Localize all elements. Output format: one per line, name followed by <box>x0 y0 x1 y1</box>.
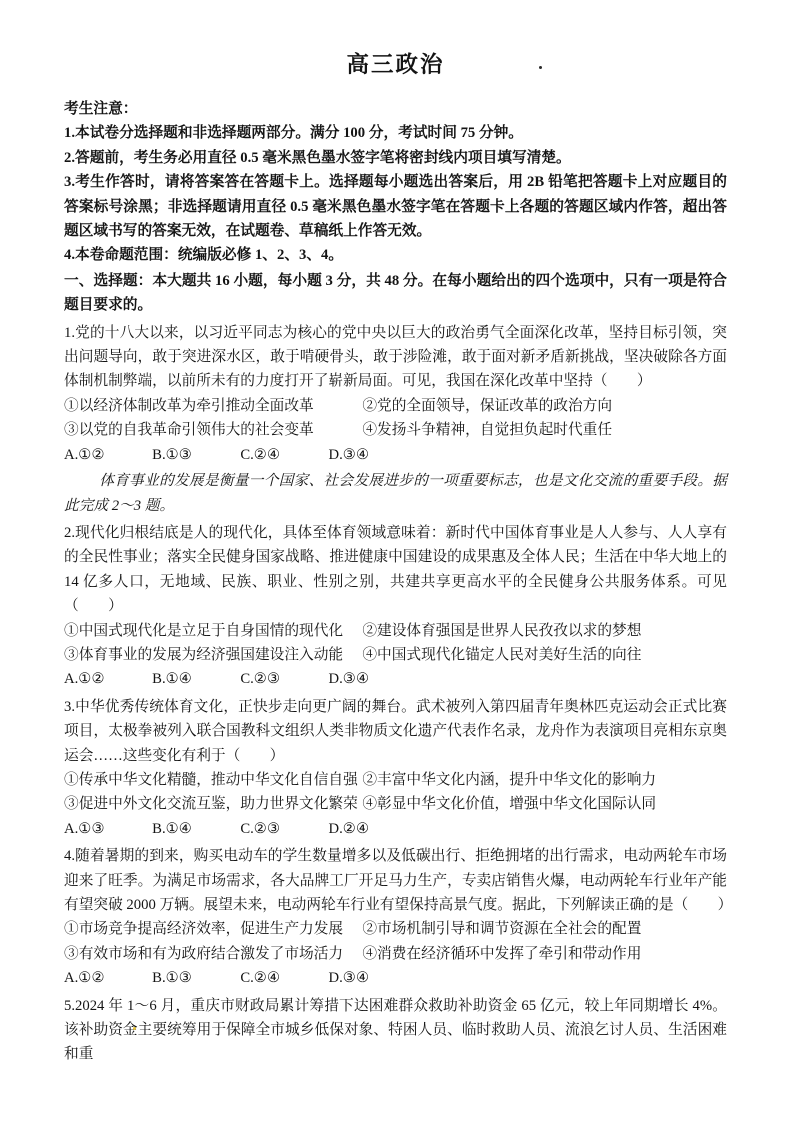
question-3: 3.中华优秀传统体育文化，正快步走向更广阔的舞台。武术被列入第四届青年奥林匹克运… <box>64 695 727 841</box>
notice-section: 考生注意： 1.本试卷分选择题和非选择题两部分。满分 100 分，考试时间 75… <box>64 97 727 268</box>
page-title: 高三政治 <box>64 50 727 80</box>
answer-option: C.②④ <box>240 966 325 990</box>
option-item: ②党的全面领导，保证改革的政治方向 <box>362 394 727 418</box>
answer-option: C.②③ <box>240 667 325 691</box>
option-row: ①以经济体制改革为牵引推动全面改革 ②党的全面领导，保证改革的政治方向 <box>64 394 727 418</box>
exam-page: 高三政治 考生注意： 1.本试卷分选择题和非选择题两部分。满分 100 分，考试… <box>0 0 793 1122</box>
question-stem: 5.2024 年 1～6 月，重庆市财政局累计筹措下达困难群众救助补助资金 65… <box>64 994 727 1067</box>
scan-speck-yellow <box>133 1027 136 1030</box>
option-item: ③体育事业的发展为经济强国建设注入动能 <box>64 643 362 667</box>
answer-row: A.①② B.①③ C.②④ D.③④ <box>64 443 727 467</box>
option-row: ①市场竞争提高经济效率，促进生产力发展 ②市场机制引导和调节资源在全社会的配置 <box>64 917 727 941</box>
option-item: ④发扬斗争精神，自觉担负起时代重任 <box>362 418 727 442</box>
option-item: ④彰显中华文化价值，增强中华文化国际认同 <box>362 792 727 816</box>
answer-option: B.①④ <box>152 667 237 691</box>
answer-option: A.①③ <box>64 817 149 841</box>
option-row: ③促进中外文化交流互鉴，助力世界文化繁荣 ④彰显中华文化价值，增强中华文化国际认… <box>64 792 727 816</box>
option-item: ③有效市场和有为政府结合激发了市场活力 <box>64 942 362 966</box>
option-item: ④消费在经济循环中发挥了牵引和带动作用 <box>362 942 727 966</box>
question-2: 2.现代化归根结底是人的现代化，具体至体育领域意味着：新时代中国体育事业是人人参… <box>64 521 727 692</box>
option-row: ③体育事业的发展为经济强国建设注入动能 ④中国式现代化锚定人民对美好生活的向往 <box>64 643 727 667</box>
option-row: ①传承中华文化精髓，推动中华文化自信自强 ②丰富中华文化内涵，提升中华文化的影响… <box>64 768 727 792</box>
answer-row: A.①② B.①③ C.②④ D.③④ <box>64 966 727 990</box>
answer-option: D.③④ <box>329 443 414 467</box>
answer-option: B.①④ <box>152 817 237 841</box>
answer-option: A.①② <box>64 667 149 691</box>
option-item: ①以经济体制改革为牵引推动全面改革 <box>64 394 362 418</box>
notice-item-2: 2.答题前，考生务必用直径 0.5 毫米黑色墨水签字笔将密封线内项目填写清楚。 <box>64 146 727 170</box>
answer-option: B.①③ <box>152 443 237 467</box>
answer-row: A.①③ B.①④ C.②③ D.②④ <box>64 817 727 841</box>
notice-heading: 考生注意： <box>64 97 727 121</box>
section-heading: 一、选择题：本大题共 16 小题，每小题 3 分，共 48 分。在每小题给出的四… <box>64 269 727 318</box>
question-5: 5.2024 年 1～6 月，重庆市财政局累计筹措下达困难群众救助补助资金 65… <box>64 994 727 1067</box>
option-row: ③以党的自我革命引领伟大的社会变革 ④发扬斗争精神，自觉担负起时代重任 <box>64 418 727 442</box>
question-stem: 4.随着暑期的到来，购买电动车的学生数量增多以及低碳出行、拒绝拥堵的出行需求，电… <box>64 844 727 917</box>
answer-option: A.①② <box>64 966 149 990</box>
question-stem: 1.党的十八大以来，以习近平同志为核心的党中央以巨大的政治勇气全面深化改革，坚持… <box>64 321 727 394</box>
answer-option: A.①② <box>64 443 149 467</box>
option-item: ②丰富中华文化内涵，提升中华文化的影响力 <box>362 768 727 792</box>
question-4: 4.随着暑期的到来，购买电动车的学生数量增多以及低碳出行、拒绝拥堵的出行需求，电… <box>64 844 727 990</box>
answer-row: A.①② B.①④ C.②③ D.③④ <box>64 667 727 691</box>
option-row: ①中国式现代化是立足于自身国情的现代化 ②建设体育强国是世界人民孜孜以求的梦想 <box>64 619 727 643</box>
option-item: ②市场机制引导和调节资源在全社会的配置 <box>362 917 727 941</box>
question-1: 1.党的十八大以来，以习近平同志为核心的党中央以巨大的政治勇气全面深化改革，坚持… <box>64 321 727 467</box>
option-item: ①市场竞争提高经济效率，促进生产力发展 <box>64 917 362 941</box>
option-item: ②建设体育强国是世界人民孜孜以求的梦想 <box>362 619 727 643</box>
notice-item-4: 4.本卷命题范围：统编版必修 1、2、3、4。 <box>64 243 727 267</box>
option-row: ③有效市场和有为政府结合激发了市场活力 ④消费在经济循环中发挥了牵引和带动作用 <box>64 942 727 966</box>
option-item: ①传承中华文化精髓，推动中华文化自信自强 <box>64 768 362 792</box>
option-item: ③促进中外文化交流互鉴，助力世界文化繁荣 <box>64 792 362 816</box>
option-item: ③以党的自我革命引领伟大的社会变革 <box>64 418 362 442</box>
answer-option: D.②④ <box>329 817 414 841</box>
answer-option: C.②③ <box>240 817 325 841</box>
question-stem: 2.现代化归根结底是人的现代化，具体至体育领域意味着：新时代中国体育事业是人人参… <box>64 521 727 619</box>
answer-option: B.①③ <box>152 966 237 990</box>
answer-option: C.②④ <box>240 443 325 467</box>
answer-option: D.③④ <box>329 966 414 990</box>
answer-option: D.③④ <box>329 667 414 691</box>
option-item: ①中国式现代化是立足于自身国情的现代化 <box>64 619 362 643</box>
scan-speck-dark <box>539 66 542 69</box>
option-item: ④中国式现代化锚定人民对美好生活的向往 <box>362 643 727 667</box>
notice-item-1: 1.本试卷分选择题和非选择题两部分。满分 100 分，考试时间 75 分钟。 <box>64 121 727 145</box>
notice-item-3: 3.考生作答时，请将答案答在答题卡上。选择题每小题选出答案后，用 2B 铅笔把答… <box>64 170 727 243</box>
question-stem: 3.中华优秀传统体育文化，正快步走向更广阔的舞台。武术被列入第四届青年奥林匹克运… <box>64 695 727 768</box>
material-text: 体育事业的发展是衡量一个国家、社会发展进步的一项重要标志，也是文化交流的重要手段… <box>64 469 727 518</box>
